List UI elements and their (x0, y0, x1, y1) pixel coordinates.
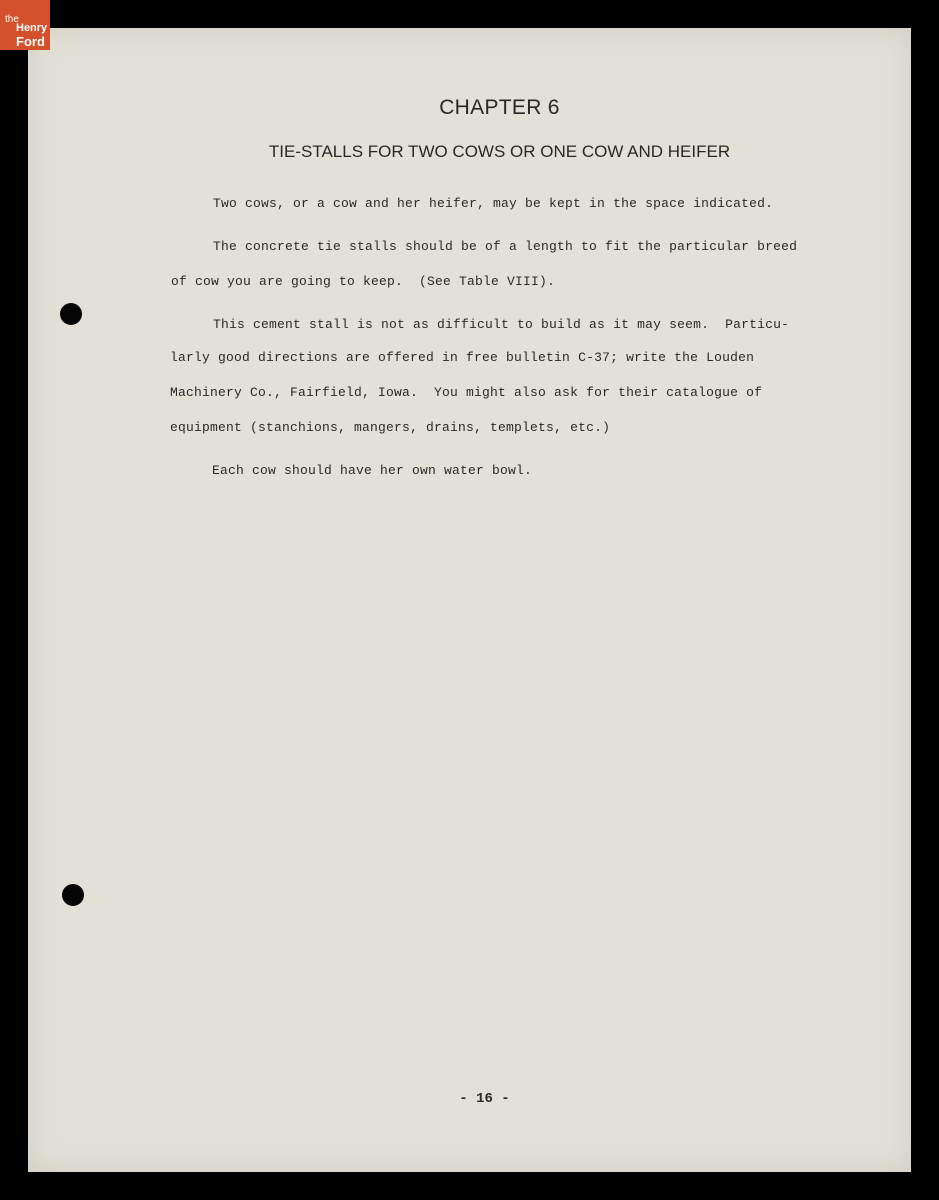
henry-ford-logo: the Henry Ford (0, 0, 50, 50)
punch-hole-icon (60, 303, 82, 325)
chapter-title: CHAPTER 6 (58, 96, 939, 120)
logo-henry: Henry (16, 22, 47, 34)
page-number: - 16 - (28, 1091, 911, 1107)
paragraph-line: The concrete tie stalls should be of a l… (213, 239, 797, 254)
logo-ford: Ford (16, 34, 45, 49)
paragraph-line: Each cow should have her own water bowl. (212, 463, 532, 478)
punch-hole-icon (62, 884, 84, 906)
paragraph-line: This cement stall is not as difficult to… (213, 317, 789, 332)
document-page: CHAPTER 6 TIE-STALLS FOR TWO COWS OR ONE… (28, 28, 911, 1172)
chapter-subtitle: TIE-STALLS FOR TWO COWS OR ONE COW AND H… (58, 142, 939, 162)
paragraph-line: Machinery Co., Fairfield, Iowa. You migh… (170, 385, 762, 400)
paragraph-line: of cow you are going to keep. (See Table… (171, 274, 555, 289)
paragraph-line: equipment (stanchions, mangers, drains, … (170, 420, 610, 435)
paragraph-line: larly good directions are offered in fre… (170, 350, 754, 365)
paragraph-line: Two cows, or a cow and her heifer, may b… (213, 196, 773, 211)
